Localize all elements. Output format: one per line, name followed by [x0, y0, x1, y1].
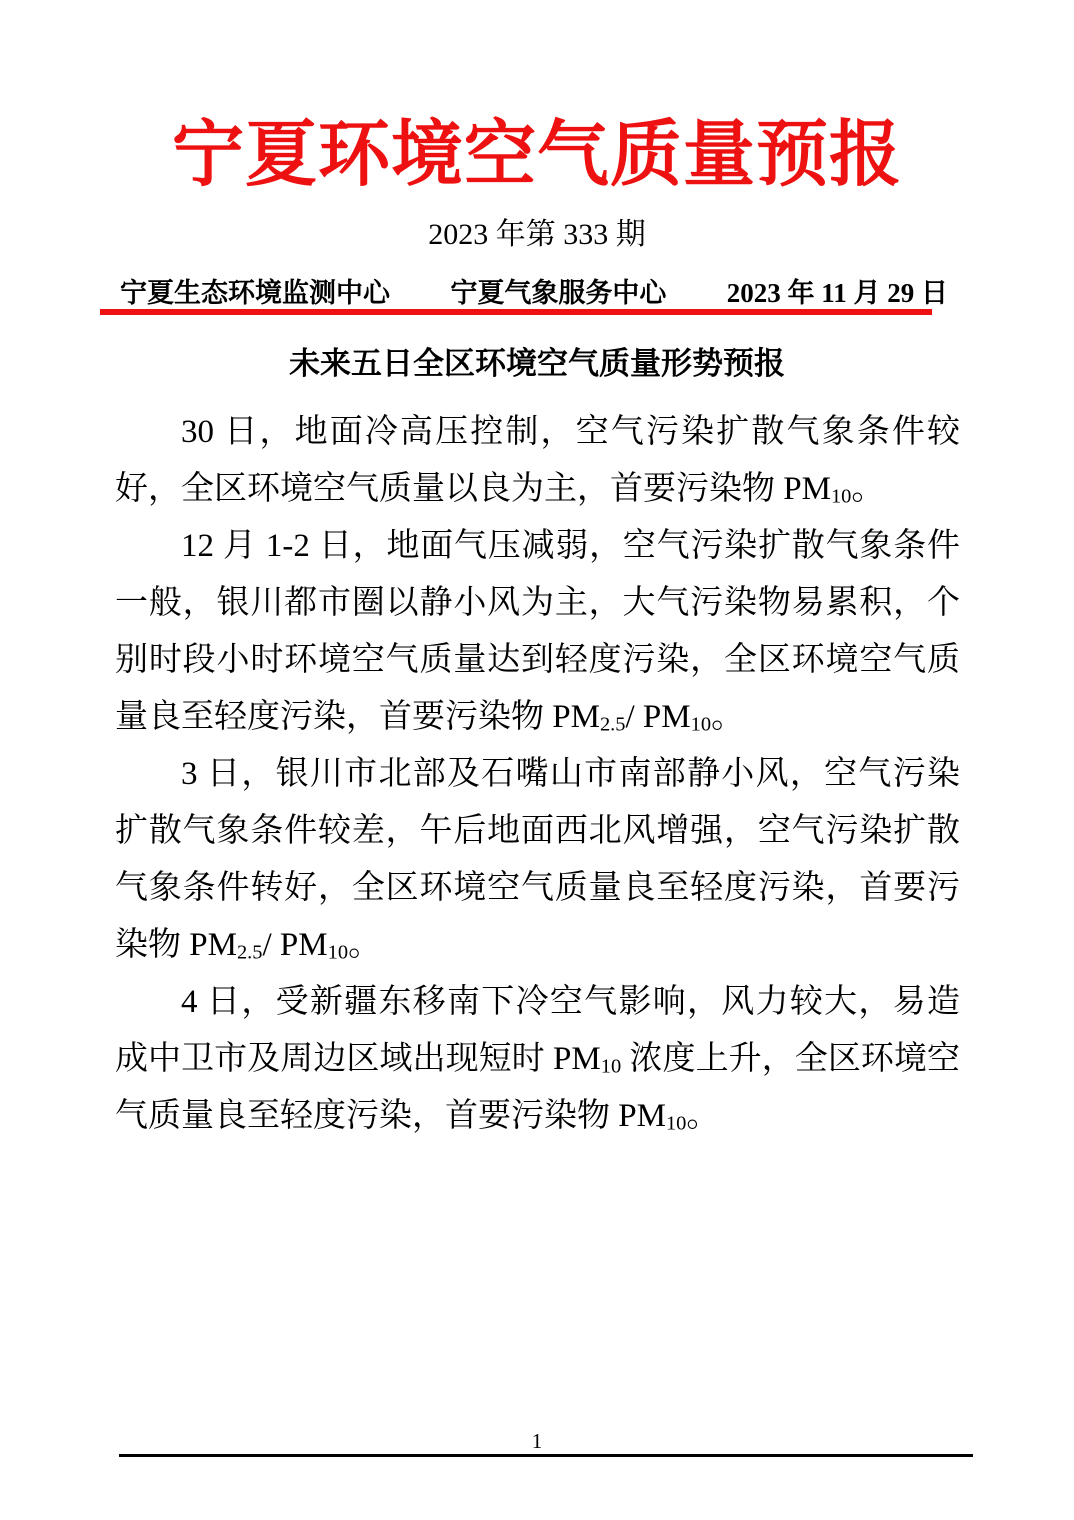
pollutant-subscript: 10 — [328, 942, 348, 964]
pollutant-subscript: 10 — [601, 1056, 621, 1078]
paragraph-text: 。 — [851, 471, 884, 507]
paragraph-text: / PM — [263, 927, 328, 963]
page-number: 1 — [0, 1428, 1074, 1454]
document-page: 宁夏环境空气质量预报 2023 年第 333 期 宁夏生态环境监测中心 宁夏气象… — [0, 0, 1074, 1520]
header-org-row: 宁夏生态环境监测中心 宁夏气象服务中心 2023 年 11 月 29 日 — [100, 276, 948, 310]
footer-divider-rule — [119, 1454, 973, 1457]
forecast-paragraph: 30 日，地面冷高压控制，空气污染扩散气象条件较好，全区环境空气质量以良为主，首… — [115, 404, 960, 518]
issue-date: 2023 年 11 月 29 日 — [727, 276, 948, 310]
org-monitoring-center: 宁夏生态环境监测中心 — [100, 276, 390, 310]
document-title: 宁夏环境空气质量预报 — [0, 116, 1074, 195]
paragraph-text: 。 — [348, 927, 381, 963]
pollutant-subscript: 10 — [831, 486, 851, 508]
forecast-paragraph: 3 日，银川市北部及石嘴山市南部静小风，空气污染扩散气象条件较差，午后地面西北风… — [115, 746, 960, 974]
issue-number: 2023 年第 333 期 — [0, 216, 1074, 254]
paragraph-text: 。 — [686, 1098, 719, 1134]
forecast-paragraph: 4 日，受新疆东移南下冷空气影响，风力较大，易造成中卫市及周边区域出现短时 PM… — [115, 974, 960, 1145]
pollutant-subscript: 10 — [691, 714, 711, 736]
paragraph-text: 。 — [711, 699, 744, 735]
forecast-paragraph: 12 月 1-2 日，地面气压减弱，空气污染扩散气象条件一般，银川都市圈以静小风… — [115, 518, 960, 746]
paragraph-text: 3 日，银川市北部及石嘴山市南部静小风，空气污染扩散气象条件较差，午后地面西北风… — [115, 756, 960, 963]
red-divider-rule — [100, 309, 932, 315]
paragraph-text: 12 月 1-2 日，地面气压减弱，空气污染扩散气象条件一般，银川都市圈以静小风… — [115, 528, 960, 735]
section-heading: 未来五日全区环境空气质量形势预报 — [0, 344, 1074, 384]
pollutant-subscript: 10 — [666, 1113, 686, 1135]
pollutant-subscript: 2.5 — [600, 714, 626, 736]
pollutant-subscript: 2.5 — [237, 942, 263, 964]
paragraph-text: / PM — [626, 699, 691, 735]
forecast-paragraphs: 30 日，地面冷高压控制，空气污染扩散气象条件较好，全区环境空气质量以良为主，首… — [115, 404, 960, 1145]
org-meteorological-center: 宁夏气象服务中心 — [450, 276, 666, 310]
